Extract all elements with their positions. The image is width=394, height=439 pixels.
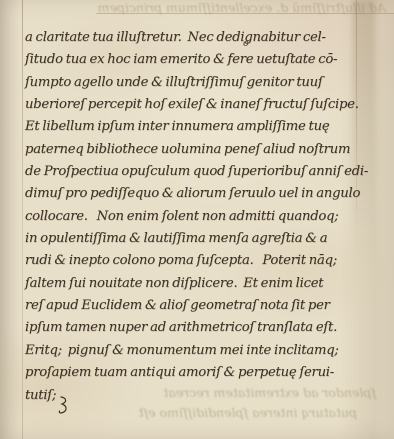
manuscript-text-block: a claritate tua illuſtretur. Nec dedigna…	[25, 27, 387, 407]
manuscript-page: Ad illuſtriſſimū d. excellentiſſimum pri…	[0, 0, 394, 439]
manuscript-line-10: in opulentiſſima & lautiſſima menſa agre…	[25, 228, 387, 250]
manuscript-line-14: ipſum tamen nuper ad arithmetricoſ tranſ…	[25, 317, 387, 339]
manuscript-line-4: uberioreſ percepit hoſ exileſ & inaneſ f…	[25, 94, 387, 116]
manuscript-line-6: paterneq bibliothece uolumina peneſ aliu…	[25, 139, 387, 161]
final-flourish-mark	[58, 396, 70, 420]
manuscript-line-7: de Proſpectiua opuſculum quod ſuperiorib…	[25, 161, 387, 183]
manuscript-line-2: ſitudo tua ex hoc iam emerito & fere uet…	[25, 49, 387, 71]
manuscript-line-11: rudi & inepto colono poma ſuſcepta. Pote…	[25, 250, 387, 272]
manuscript-line-13: reſ apud Euclidem & alioſ geometraſ nota…	[25, 295, 387, 317]
manuscript-line-1: a claritate tua illuſtretur. Nec dedigna…	[25, 27, 387, 49]
flourish-squiggle-icon	[58, 396, 70, 416]
ruling-line-left-margin	[22, 0, 23, 439]
manuscript-line-12: ſaltem ſui nouitate non diſplicere. Et e…	[25, 273, 387, 295]
manuscript-line-5: Et libellum ipſum inter innumera ampliſſ…	[25, 116, 387, 138]
manuscript-line-9: collocare. Non enim ſolent non admitti q…	[25, 206, 387, 228]
manuscript-line-16: proſapiem tuam antiqui amoriſ & perpetuę…	[25, 362, 387, 384]
interlinear-correction-letter: o	[243, 38, 249, 49]
manuscript-line-17: tutiſ;	[25, 385, 387, 407]
manuscript-line-8: dimuſ pro pediſſequo & aliorum ſeruulo u…	[25, 183, 387, 205]
manuscript-line-15: Eritq; pignuſ & monumentum mei inte incl…	[25, 340, 387, 362]
ruling-line-top	[96, 13, 394, 14]
bleedthrough-text-bottom-2: putaturq interea ſplendidiſſimo eſt	[95, 405, 357, 420]
manuscript-line-3: ſumpto agello unde & illuſtriſſimuſ geni…	[25, 72, 387, 94]
